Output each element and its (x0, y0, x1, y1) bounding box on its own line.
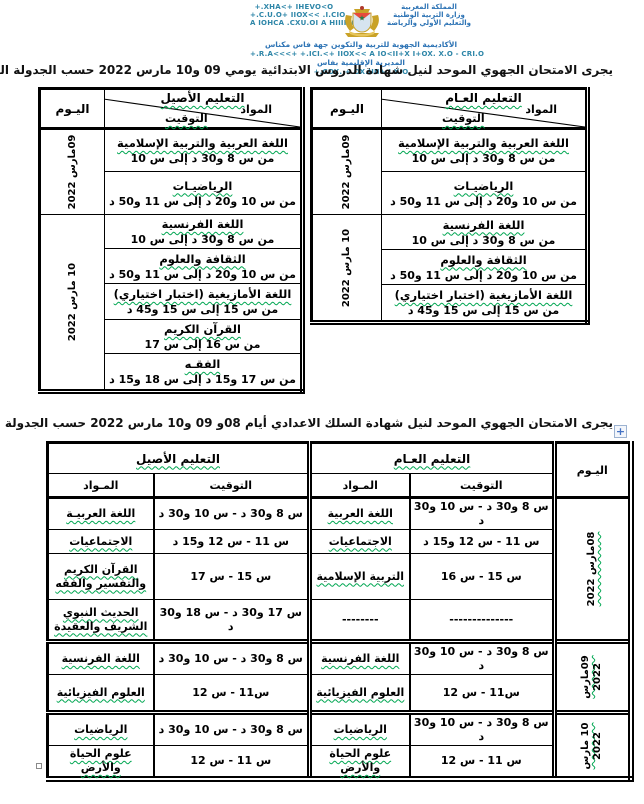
time-cell-aam-text: س 8 و30 د - س 10 و30 د (411, 644, 553, 674)
subject-time: من س 8 و30 د إلى س 10 (105, 232, 300, 247)
time-cell-aam-text: -------------- (411, 612, 553, 628)
diagonal-header: التعليم العـامالموادالتوقيت (382, 90, 585, 127)
kingdom-line: المملكة المغربية (386, 3, 472, 11)
aseel-track-label: التعليم الأصيل (136, 452, 220, 466)
document-page: { "colors": { "header_blue": "#2e74b5", … (0, 0, 644, 804)
day-label: 09مارس 2022 (67, 135, 79, 210)
table-row: ----------------------س 17 و30 د - س 18 … (48, 600, 631, 642)
table-row: 09مارس 2022اللغة العربية والتربية الإسلا… (312, 129, 588, 172)
middle-school-exam-heading: يجرى الامتحان الجهوي الموحد لنيل شهادة ا… (40, 416, 613, 430)
subject-cell-aseel: القرآن الكريم والتفسير والفقه (48, 554, 154, 600)
subject-cell-aam-text: الاجتماعيات (312, 534, 409, 550)
subject-name: الثقافة والعلوم (105, 251, 300, 267)
day-column-header: اليـوم (40, 89, 105, 129)
subject-cell-aam-text: اللغة العربية (312, 506, 409, 522)
subject-cell-aam: علوم الحياة والأرض (310, 746, 410, 780)
timing-header-aseel: التوقيت (154, 474, 310, 498)
subject-cell-aam: الاجتماعيات (310, 530, 410, 554)
time-cell-aseel: س 11 - س 12 و15 د (154, 530, 310, 554)
subject-time: من س 16 إلى س 17 (105, 337, 300, 352)
time-cell-aseel: س 15 - س 17 (154, 554, 310, 600)
subject-name: اللغة الفرنسية (382, 217, 585, 233)
time-cell-aseel: س 17 و30 د - س 18 و30 د (154, 600, 310, 642)
subject-time: من س 15 إلى س 15 و45 د (382, 303, 585, 318)
subject-cell-aam: العلوم الفيزيائية (310, 675, 410, 713)
table-row: 09مارس 2022اللغة العربية والتربية الإسلا… (40, 129, 303, 172)
subject-time-cell: القرآن الكريممن س 16 إلى س 17 (105, 320, 303, 354)
day-cell: 09مارس 2022 (312, 129, 382, 215)
day-label-line: 2022 (592, 655, 604, 698)
subject-cell-aseel-text: القرآن الكريم والتفسير والفقه (49, 562, 153, 592)
subject-time: من س 17 و15 د إلى س 18 و15 د (105, 372, 300, 387)
tifinagh-line: +.C.U.O+ IIOX<< .I.CIO (250, 11, 338, 19)
academy-name-tifinagh: +.R.A<<<+ +.ICI.<+ IIOX<< A IO<II+X I+OX… (250, 50, 472, 58)
subject-time: من س 8 و30 د إلى س 10 (382, 151, 585, 166)
time-cell-aseel-text: س 8 و30 د - س 10 و30 د (155, 722, 308, 738)
subjects-label: المواد (240, 103, 272, 116)
timing-header-aam: التوقيت (410, 474, 555, 498)
subject-cell-aam-text: علوم الحياة والأرض (312, 746, 409, 776)
subject-name: الرياضيـات (105, 178, 300, 194)
time-cell-aam: س 15 - س 16 (410, 554, 555, 600)
time-cell-aam-text: س11 - س 12 (411, 685, 553, 701)
subjects-timing-header: التعليم العـامالموادالتوقيت (382, 89, 588, 129)
subject-cell-aseel-text: العلوم الفيزيائية (49, 685, 153, 701)
subject-time-cell: اللغة الأمازيغية (اختبار اختياري)من س 15… (105, 284, 303, 320)
table-row: س 11 - س 12 و15 دالاجتماعياتس 11 - س 12 … (48, 530, 631, 554)
day-cell: 10 مارس 2022 (40, 215, 105, 392)
time-cell-aam: س 8 و30 د - س 10 و30 د (410, 642, 555, 675)
table-move-handle-icon[interactable]: + (614, 425, 627, 438)
subject-cell-aseel: الاجتماعيات (48, 530, 154, 554)
primary-exam-heading: يجرى الامتحان الجهوي الموحد لنيل شهادة ا… (40, 63, 613, 77)
subject-cell-aseel-text: علوم الحياة والأرض (49, 746, 153, 776)
subjects-timing-header: التعليم الأصيلالموادالتوقيت (105, 89, 303, 129)
time-cell-aam: -------------- (410, 600, 555, 642)
subject-time: من س 10 و20 د إلى س 11 و50 د (105, 194, 300, 209)
day-label: 10 مارس2022 (580, 722, 604, 769)
table-resize-handle-icon[interactable] (36, 763, 42, 769)
ministry-name-tifinagh: +.XHA<+ IHEVO<O +.C.U.O+ IIOX<< .I.CIO A… (250, 3, 338, 27)
subject-time-cell: الفقـهمن س 17 و15 د إلى س 18 و15 د (105, 354, 303, 392)
time-cell-aam: س 8 و30 د - س 10 و30 د (410, 713, 555, 746)
subject-cell-aseel: اللغة الفرنسية (48, 642, 154, 675)
subject-cell-aseel-text: الرياضيات (49, 722, 153, 738)
subject-cell-aam: -------- (310, 600, 410, 642)
time-cell-aseel-text: س 11 - س 12 (155, 753, 308, 769)
aseel-track-header: التعليم الأصيل (48, 443, 310, 474)
table-row: س 15 - س 16التربية الإسلاميةس 15 - س 17ا… (48, 554, 631, 600)
subject-time: من س 8 و30 د إلى س 10 (105, 151, 300, 166)
time-cell-aseel: س 8 و30 د - س 10 و30 د (154, 642, 310, 675)
subject-name: اللغة الفرنسية (105, 216, 300, 232)
timing-label: التوقيت (442, 112, 485, 125)
time-cell-aam-text: س 8 و30 د - س 10 و30 د (411, 499, 553, 529)
subjects-header-aseel: المـواد (48, 474, 154, 498)
day-cell: 08مارس 2022 (555, 498, 631, 642)
subject-cell-aam: اللغة العربية (310, 498, 410, 530)
day-column-header: اليـوم (555, 443, 631, 498)
timing-label: التوقيت (165, 112, 208, 125)
subject-cell-aam: الرياضيات (310, 713, 410, 746)
ministry-line: وزارة التربية الوطنية (386, 11, 472, 19)
subject-time-cell: اللغة الفرنسيةمن س 8 و30 د إلى س 10 (105, 215, 303, 249)
time-cell-aam-text: س 15 - س 16 (411, 569, 553, 585)
day-label-line: 2022 (592, 722, 604, 769)
subject-cell-aam-text: التربية الإسلامية (312, 569, 409, 585)
day-header-label: اليـوم (577, 464, 608, 477)
moroccan-coat-of-arms-logo (341, 3, 383, 40)
table-header-row: اليـومالتعليم العـامالموادالتوقيت (312, 89, 588, 129)
table-row: 10 مارس 2022اللغة الفرنسيةمن س 8 و30 د إ… (40, 215, 303, 249)
day-cell: 09مارس 2022 (40, 129, 105, 215)
subject-cell-aseel: الحديث النبوي الشريف والعقيدة (48, 600, 154, 642)
subject-cell-aseel-text: اللغة العربيـة (49, 506, 153, 522)
subject-name: الرياضيـات (382, 178, 585, 194)
day-label: 09مارس 2022 (341, 135, 353, 210)
table-row: 10 مارس2022س 8 و30 د - س 10 و30 دالرياضي… (48, 713, 631, 746)
table-row: س 11 - س 12علوم الحياة والأرضس 11 - س 12… (48, 746, 631, 780)
subject-cell-aseel-text: الاجتماعيات (49, 534, 153, 550)
time-cell-aseel-text: س 8 و30 د - س 10 و30 د (155, 651, 308, 667)
time-cell-aseel-text: س 15 - س 17 (155, 569, 308, 585)
subject-cell-aseel: الرياضيات (48, 713, 154, 746)
subject-cell-aseel-text: اللغة الفرنسية (49, 651, 153, 667)
tifinagh-line: A IOHCA .CXU.OI A HIIIII+ (250, 19, 338, 27)
day-cell: 09مارس2022 (555, 642, 631, 713)
time-cell-aseel: س11 - س 12 (154, 675, 310, 713)
subject-name: الفقـه (105, 356, 300, 372)
time-cell-aam: س11 - س 12 (410, 675, 555, 713)
time-cell-aseel-text: س 17 و30 د - س 18 و30 د (155, 605, 308, 635)
subject-time-cell: الرياضيـاتمن س 10 و20 د إلى س 11 و50 د (105, 172, 303, 215)
table-row: 09مارس2022س 8 و30 د - س 10 و30 داللغة ال… (48, 642, 631, 675)
time-cell-aseel: س 8 و30 د - س 10 و30 د (154, 498, 310, 530)
subject-name: اللغة الأمازيغية (اختبار اختياري) (105, 286, 300, 302)
subject-cell-aam-text: العلوم الفيزيائية (312, 685, 409, 701)
tifinagh-line: +.XHA<+ IHEVO<O (250, 3, 338, 11)
time-cell-aam: س 8 و30 د - س 10 و30 د (410, 498, 555, 530)
day-label-line: 08مارس 2022 (586, 532, 598, 607)
subject-time: من س 8 و30 د إلى س 10 (382, 233, 585, 248)
time-cell-aam: س 11 - س 12 (410, 746, 555, 780)
day-cell: 10 مارس 2022 (312, 215, 382, 323)
subject-cell-aseel: علوم الحياة والأرض (48, 746, 154, 780)
schedule-table: اليـومالتعليم العـامالتعليم الأصيلالتوقي… (46, 441, 634, 782)
subject-cell-aam: التربية الإسلامية (310, 554, 410, 600)
table-row: 10 مارس 2022اللغة الفرنسيةمن س 8 و30 د إ… (312, 215, 588, 250)
subject-cell-aam-text: -------- (312, 612, 409, 628)
table-header-row: اليـومالتعليم الأصيلالموادالتوقيت (40, 89, 303, 129)
schedule-table: اليـومالتعليم العـامالموادالتوقيت09مارس … (310, 87, 590, 325)
table-row: س11 - س 12العلوم الفيزيائيةس11 - س 12الع… (48, 675, 631, 713)
subject-name: اللغة العربية والتربية الإسلامية (382, 135, 585, 151)
subject-time: من س 10 و20 د إلى س 11 و50 د (105, 267, 300, 282)
subject-time-cell: الثقافة والعلوممن س 10 و20 د إلى س 11 و5… (382, 250, 588, 285)
time-cell-aseel: س 11 - س 12 (154, 746, 310, 780)
day-label-line: 09مارس (580, 655, 592, 698)
aam-track-label: التعليم العـام (394, 452, 470, 466)
day-label: 08مارس 2022 (586, 532, 598, 607)
day-label: 10 مارس 2022 (341, 228, 353, 306)
table-header-row: اليـومالتعليم العـامالتعليم الأصيل (48, 443, 631, 474)
time-cell-aseel-text: س 8 و30 د - س 10 و30 د (155, 506, 308, 522)
academy-name: الأكاديمية الجهوية للتربية والتكوين جهة … (250, 41, 472, 49)
table-subheader-row: التوقيتالمـوادالتوقيتالمـواد (48, 474, 631, 498)
subject-name: اللغة الأمازيغية (اختبار اختياري) (382, 287, 585, 303)
day-label: 10 مارس 2022 (67, 263, 79, 341)
subject-time-cell: الرياضيـاتمن س 10 و20 د إلى س 11 و50 د (382, 172, 588, 215)
education-line: والتعليم الأولي والرياضة (386, 19, 472, 27)
subject-time: من س 15 إلى س 15 و45 د (105, 302, 300, 317)
diagonal-header: التعليم الأصيلالموادالتوقيت (105, 90, 300, 127)
subject-time: من س 10 و20 د إلى س 11 و50 د (382, 194, 585, 209)
subject-time-cell: اللغة العربية والتربية الإسلاميةمن س 8 و… (382, 129, 588, 172)
subject-cell-aseel-text: الحديث النبوي الشريف والعقيدة (49, 605, 153, 635)
aam-track-header: التعليم العـام (310, 443, 555, 474)
subject-time-cell: اللغة الفرنسيةمن س 8 و30 د إلى س 10 (382, 215, 588, 250)
time-cell-aam-text: س 11 - س 12 و15 د (411, 534, 553, 550)
subject-name: اللغة العربية والتربية الإسلامية (105, 135, 300, 151)
subject-cell-aam: اللغة الفرنسية (310, 642, 410, 675)
day-cell: 10 مارس2022 (555, 713, 631, 780)
subject-name: القرآن الكريم (105, 321, 300, 337)
subject-time-cell: الثقافة والعلوممن س 10 و20 د إلى س 11 و5… (105, 249, 303, 284)
subjects-header-aam: المـواد (310, 474, 410, 498)
schedule-table: اليـومالتعليم الأصيلالموادالتوقيت09مارس … (38, 87, 305, 394)
time-cell-aam-text: س 11 - س 12 (411, 753, 553, 769)
day-label-line: 10 مارس (580, 722, 592, 769)
subject-time-cell: اللغة الأمازيغية (اختبار اختياري)من س 15… (382, 285, 588, 323)
subject-time-cell: اللغة العربية والتربية الإسلاميةمن س 8 و… (105, 129, 303, 172)
subject-cell-aseel: اللغة العربيـة (48, 498, 154, 530)
ministry-name-arabic: المملكة المغربية وزارة التربية الوطنية و… (386, 3, 472, 27)
subject-name: الثقافة والعلوم (382, 252, 585, 268)
subject-cell-aseel: العلوم الفيزيائية (48, 675, 154, 713)
time-cell-aam: س 11 - س 12 و15 د (410, 530, 555, 554)
time-cell-aseel-text: س11 - س 12 (155, 685, 308, 701)
day-label: 09مارس2022 (580, 655, 604, 698)
day-column-header: اليـوم (312, 89, 382, 129)
time-cell-aseel-text: س 11 - س 12 و15 د (155, 534, 308, 550)
table-row: 08مارس 2022س 8 و30 د - س 10 و30 داللغة ا… (48, 498, 631, 530)
subject-cell-aam-text: اللغة الفرنسية (312, 651, 409, 667)
time-cell-aam-text: س 8 و30 د - س 10 و30 د (411, 715, 553, 745)
subject-time: من س 10 و20 د إلى س 11 و50 د (382, 268, 585, 283)
time-cell-aseel: س 8 و30 د - س 10 و30 د (154, 713, 310, 746)
subjects-label: المواد (525, 103, 557, 116)
subject-cell-aam-text: الرياضيات (312, 722, 409, 738)
